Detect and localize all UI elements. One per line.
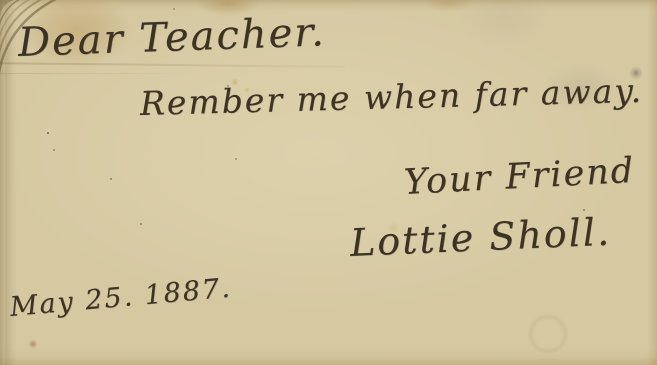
date-text: May 25. 1887. [9, 273, 233, 323]
message-text: Rember me when far away. [139, 71, 643, 123]
salutation-text: Dear Teacher. [17, 9, 326, 66]
paper-crease-faint [0, 73, 200, 74]
album-page: Dear Teacher. Rember me when far away. Y… [0, 0, 657, 365]
closing-text: Your Friend [403, 151, 636, 203]
signature-text: Lottie Sholl. [349, 210, 612, 265]
paper-specks [47, 132, 49, 134]
